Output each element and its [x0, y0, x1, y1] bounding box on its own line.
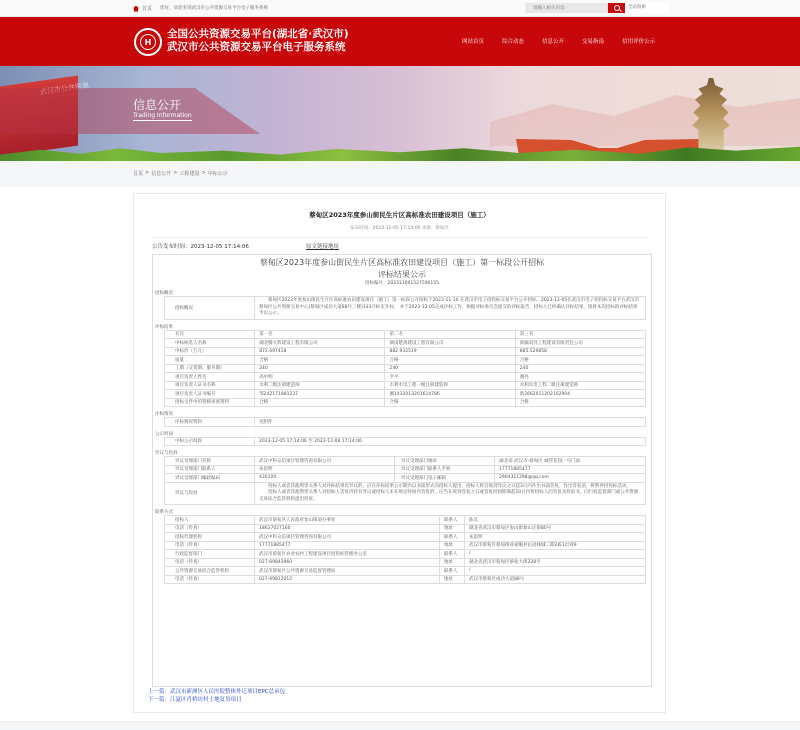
- table-cell: 武汉市蔡甸区农业农村工程建设项目招投标管理办公室: [255, 550, 440, 559]
- next-article: 下一篇：江夏区肖桥坊村土地复垦项目: [148, 696, 285, 704]
- table-cell: 第一名: [255, 330, 385, 339]
- table-row: 中标价（万元）872.697418882.932519885.529858: [165, 347, 646, 356]
- table-cell: 2904311298@qq.com: [495, 474, 646, 483]
- table-cell: 合格: [385, 356, 515, 365]
- row-label: 联系人: [440, 550, 465, 559]
- prev-article-link[interactable]: 武汉市新洲区人民医院整体外迁项目EPC总承包: [170, 689, 285, 695]
- row-label: 异议受理部门电子邮箱: [395, 474, 495, 483]
- row-label: 项目负责人证书名称: [165, 381, 255, 390]
- banner-hills-image: [490, 86, 800, 146]
- row-label: 异议与投诉: [165, 482, 255, 505]
- breadcrumb-engineering[interactable]: 工程建设: [179, 170, 199, 177]
- breadcrumb-bar: 首页 > 信息公开 > 工程建设 > 中标公示: [0, 161, 800, 187]
- table-cell: 合格: [255, 356, 385, 365]
- banner-ribbon: [0, 88, 260, 134]
- table-cell: 朱思明: [465, 533, 646, 542]
- table-row: 异议受理部门联系人朱思明异议受理部门联系人手机17771885477: [165, 465, 646, 474]
- logo-emblem-icon: H: [140, 34, 156, 50]
- nav-home[interactable]: 网站首页: [462, 37, 484, 45]
- row-label: 名次: [165, 330, 255, 339]
- table-cell: 17771885477: [255, 541, 440, 550]
- table-cell: 湖北省武汉市蔡甸区蔡甸大街228号: [465, 558, 646, 567]
- home-link[interactable]: 首页: [133, 5, 152, 12]
- banner-subtitle: Trading Information: [133, 112, 192, 121]
- article-meta: 发布时间：2023-12-05 17:14:06 来源：蔡甸区: [134, 225, 665, 231]
- table-row: 招标文件中的资格审查资料合格合格合格: [165, 398, 646, 407]
- site-title-line1: 全国公共资源交易平台(湖北省·武汉市): [167, 28, 349, 41]
- evaluation-value[interactable]: 见附件: [255, 418, 646, 427]
- table-cell: 新疆双河工程建设有限责任公司: [515, 339, 645, 348]
- row-label: 行政监督部门: [165, 550, 255, 559]
- table-cell: 17771885477: [495, 465, 646, 474]
- table-cell: 水利水电工程二级注册建造师: [515, 381, 645, 390]
- search-box: 全站检索: [525, 3, 667, 13]
- table-cell: 鄂242171881237: [255, 390, 385, 399]
- overview-text: 蔡甸区2023年度参山街民生片区高标准农田建设项目（施工）第一标段公开招标于20…: [255, 297, 646, 320]
- row-label: 招标代理机构: [165, 533, 255, 542]
- row-label: 中标候选人名称: [165, 339, 255, 348]
- table-row: 电话（传真）17771885477地址武汉市蔡甸区蔡甸街孙家畈村沁园栈城二期2栋…: [165, 541, 646, 550]
- breadcrumb-home[interactable]: 首页: [133, 170, 143, 177]
- site-logo[interactable]: H: [134, 28, 162, 56]
- row-label: 地址: [440, 575, 465, 584]
- table-cell: 武汉市蔡甸区蔡甸街孙家畈村沁园栈城二期2栋1层商9: [465, 541, 646, 550]
- home-icon: [133, 6, 139, 12]
- row-label: 招标文件中的资格审查资料: [165, 398, 255, 407]
- table-cell: 陈氘: [465, 516, 646, 525]
- table-cell: 武汉中科众信项目管理咨询有限公司: [255, 457, 395, 466]
- table-row: 项目负责人证书名称水利二级注册建造师水利水电工程一级注册建造师水利水电工程二级注…: [165, 381, 646, 390]
- table-cell: 水利水电工程一级注册建造师: [385, 381, 515, 390]
- search-button[interactable]: [608, 3, 625, 13]
- row-label: 地址: [440, 524, 465, 533]
- table-row: 公共资源交易综合监管机构武汉市蔡甸区公共资源交易监督管理局联系人/: [165, 567, 646, 576]
- row-label: 异议受理部门联系人手机: [395, 465, 495, 474]
- table-cell: 18627027160: [255, 524, 440, 533]
- row-label: 工期（交货期、服务期）: [165, 364, 255, 373]
- prev-label: 上一篇：: [148, 689, 170, 695]
- nav-credit-evaluation[interactable]: 信用评价公示: [622, 37, 655, 45]
- table-cell: 第三名: [515, 330, 645, 339]
- table-cell: /: [465, 550, 646, 559]
- breadcrumb-info[interactable]: 信息公开: [151, 170, 171, 177]
- objection-table: 异议受理部门名称武汉中科众信项目管理咨询有限公司异议受理部门地址湖北省-武汉市-…: [164, 456, 646, 505]
- prev-next-nav: 上一篇：武汉市新洲区人民医院整体外迁项目EPC总承包 下一篇：江夏区肖桥坊村土地…: [148, 688, 285, 704]
- paragraph: 投标人或者其他利害关系人对招标人答复仍持有异议或招标人未在规定时间内答复的，应当…: [259, 490, 641, 503]
- article-title: 蔡甸区2023年度参山街民生片区高标准农田建设项目（施工）: [134, 210, 665, 219]
- row-label: 中标价（万元）: [165, 347, 255, 356]
- table-row: 工期（交货期、服务期）240240240: [165, 364, 646, 373]
- table-cell: 240: [385, 364, 515, 373]
- row-label: 电话（传真）: [165, 575, 255, 584]
- contacts-table: 招标人武汉市蔡甸区人民政府参山街道办事处联系人陈氘电话（传真）186270271…: [164, 515, 646, 584]
- table-row: 项目负责人姓名高中明尹平谢亮: [165, 373, 646, 382]
- publicity-label: 中标公示时段: [165, 437, 255, 446]
- table-row: 电话（传真）027-69843960地址湖北省武汉市蔡甸区蔡甸大街228号: [165, 558, 646, 567]
- table-cell: 027-69812012: [255, 575, 440, 584]
- row-label: 异议受理部门名称: [165, 457, 255, 466]
- table-row: 项目负责人证书编号鄂242171881237湘1432013201614786新…: [165, 390, 646, 399]
- table-cell: 武汉市蔡甸区公共资源交易监督管理局: [255, 567, 440, 576]
- row-label: 异议受理部门联系人: [165, 465, 255, 474]
- divider: [152, 237, 647, 238]
- top-utility-bar: 首页 您好，欢迎来到武汉市公共资源交易平台电子服务系统 全站检索: [0, 0, 800, 17]
- table-row: 质量合格合格合格: [165, 356, 646, 365]
- welcome-text: 您好，欢迎来到武汉市公共资源交易平台电子服务系统: [160, 5, 268, 11]
- table-cell: 水利二级注册建造师: [255, 381, 385, 390]
- nav-trading-guide[interactable]: 交易指南: [582, 37, 604, 45]
- table-cell: 谢亮: [515, 373, 645, 382]
- table-cell: 湖北省武汉市蔡甸区参山街参山正街80号: [465, 524, 646, 533]
- main-nav: 网站首页 综合动态 信息公开 交易指南 信用评价公示: [462, 37, 673, 45]
- row-label: 地址: [440, 541, 465, 550]
- doc-title-line1: 蔡甸区2023年度参山街民生片区高标准农田建设项目（施工）第一标段公开招标: [153, 258, 651, 267]
- table-cell: /: [465, 567, 646, 576]
- evaluation-label: 评标情况资料: [165, 418, 255, 427]
- publish-time: 公告发布时间：2023-12-05 17:14:06: [152, 242, 249, 250]
- table-cell: 朱思明: [255, 465, 395, 474]
- search-input[interactable]: [525, 3, 608, 13]
- table-cell: 430100: [255, 474, 395, 483]
- table-row: 异议受理部门名称武汉中科众信项目管理咨询有限公司异议受理部门地址湖北省-武汉市-…: [165, 457, 646, 466]
- row-label: 质量: [165, 356, 255, 365]
- row-label: 电话（传真）: [165, 558, 255, 567]
- source-link[interactable]: 原文链接地址: [306, 242, 339, 250]
- table-cell: 027-69843960: [255, 558, 440, 567]
- table-cell: 第二名: [385, 330, 515, 339]
- table-cell: 湘1432013201614786: [385, 390, 515, 399]
- row-label: 联系人: [440, 533, 465, 542]
- site-title: 全国公共资源交易平台(湖北省·武汉市) 武汉市公共资源交易平台电子服务系统: [167, 28, 349, 54]
- table-cell: 新2662011202102904: [515, 390, 645, 399]
- table-cell: 合格: [515, 356, 645, 365]
- nav-news[interactable]: 综合动态: [502, 37, 524, 45]
- row-label: 招标人: [165, 516, 255, 525]
- row-label: 地址: [440, 558, 465, 567]
- site-search-link[interactable]: 全站检索: [625, 3, 667, 13]
- table-cell: 湖北省-武汉市-蔡甸区 城管花园一号门面: [495, 457, 646, 466]
- results-table: 名次第一名第二名第三名中标候选人名称湖北腾天辉建设工程有限公司湖南楚禹建设工程有…: [164, 330, 646, 408]
- row-label: 电话（传真）: [165, 524, 255, 533]
- table-cell: 合格: [255, 398, 385, 407]
- row-label: 异议受理部门邮政编码: [165, 474, 255, 483]
- site-header: H 全国公共资源交易平台(湖北省·武汉市) 武汉市公共资源交易平台电子服务系统 …: [0, 17, 800, 66]
- table-row: 中标候选人名称湖北腾天辉建设工程有限公司湖南楚禹建设工程有限公司新疆双河工程建设…: [165, 339, 646, 348]
- table-row: 异议与投诉投标人或者其他利害关系人对评标结果有异议的，应在评标结果公示期内以书面…: [165, 482, 646, 505]
- article-panel: 蔡甸区2023年度参山街民生片区高标准农田建设项目（施工） 发布时间：2023-…: [133, 193, 666, 713]
- search-icon: [614, 5, 620, 11]
- table-cell: 240: [255, 364, 385, 373]
- next-label: 下一篇：: [148, 697, 170, 703]
- breadcrumb-separator: >: [201, 170, 205, 177]
- row-label: 联系人: [440, 567, 465, 576]
- row-label: 公共资源交易综合监管机构: [165, 567, 255, 576]
- evaluation-table: 评标情况资料 见附件: [164, 417, 646, 427]
- breadcrumb-separator: >: [173, 170, 177, 177]
- overview-label: 招标概况: [165, 297, 255, 320]
- objection-text: 投标人或者其他利害关系人对评标结果有异议的，应在评标结果公示期内以书面形式向招标…: [255, 482, 646, 505]
- table-cell: 240: [515, 364, 645, 373]
- page-footer-strip: [0, 721, 800, 730]
- row-label: 异议受理部门地址: [395, 457, 495, 466]
- table-row: 招标代理机构武汉中科众信项目管理咨询有限公司联系人朱思明: [165, 533, 646, 542]
- breadcrumb-award[interactable]: 中标公示: [208, 170, 228, 177]
- doc-title-line2: 评标结果公示: [153, 270, 651, 279]
- next-article-link[interactable]: 江夏区肖桥坊村土地复垦项目: [170, 697, 242, 703]
- table-row: 行政监督部门武汉市蔡甸区农业农村工程建设项目招投标管理办公室联系人/: [165, 550, 646, 559]
- table-cell: 合格: [515, 398, 645, 407]
- overview-table: 招标概况 蔡甸区2023年度参山街民生片区高标准农田建设项目（施工）第一标段公开…: [164, 296, 646, 320]
- home-label: 首页: [142, 5, 152, 12]
- table-row: 电话（传真）027-69812012地址武汉市蔡甸区成功大道88号: [165, 575, 646, 584]
- breadcrumb-separator: >: [145, 170, 149, 177]
- publicity-value: 2023-12-05 17:14:06 至 2023-12-08 17:14:0…: [255, 437, 646, 446]
- table-cell: 872.697418: [255, 347, 385, 356]
- row-label: 电话（传真）: [165, 541, 255, 550]
- table-cell: 武汉中科众信项目管理咨询有限公司: [255, 533, 440, 542]
- table-cell: 湖南楚禹建设工程有限公司: [385, 339, 515, 348]
- row-label: 联系人: [440, 516, 465, 525]
- publicity-table: 中标公示时段 2023-12-05 17:14:06 至 2023-12-08 …: [164, 437, 646, 447]
- table-cell: 湖北腾天辉建设工程有限公司: [255, 339, 385, 348]
- row-label: 项目负责人证书编号: [165, 390, 255, 399]
- table-cell: 885.529858: [515, 347, 645, 356]
- table-cell: 高中明: [255, 373, 385, 382]
- breadcrumb: 首页 > 信息公开 > 工程建设 > 中标公示: [133, 170, 228, 177]
- site-title-line2: 武汉市公共资源交易平台电子服务系统: [167, 41, 349, 54]
- table-row: 电话（传真）18627027160地址湖北省武汉市蔡甸区参山街参山正街80号: [165, 524, 646, 533]
- prev-article: 上一篇：武汉市新洲区人民医院整体外迁项目EPC总承包: [148, 688, 285, 696]
- table-cell: 武汉市蔡甸区人民政府参山街道办事处: [255, 516, 440, 525]
- table-cell: 882.932519: [385, 347, 515, 356]
- tender-number: 招标编号：20231109152759015​5: [153, 280, 651, 286]
- table-row: 异议受理部门邮政编码430100异议受理部门电子邮箱2904311298@qq.…: [165, 474, 646, 483]
- page-banner: 武汉市公共资源 信息公开 Trading Information: [0, 66, 800, 161]
- row-label: 项目负责人姓名: [165, 373, 255, 382]
- table-row: 名次第一名第二名第三名: [165, 330, 646, 339]
- table-cell: 合格: [385, 398, 515, 407]
- nav-info-disclosure[interactable]: 信息公开: [542, 37, 564, 45]
- table-cell: 尹平: [385, 373, 515, 382]
- table-row: 招标人武汉市蔡甸区人民政府参山街道办事处联系人陈氘: [165, 516, 646, 525]
- table-cell: 武汉市蔡甸区成功大道88号: [465, 575, 646, 584]
- announcement-document: 蔡甸区2023年度参山街民生片区高标准农田建设项目（施工）第一标段公开招标 评标…: [152, 254, 652, 687]
- banner-title: 信息公开: [133, 96, 181, 113]
